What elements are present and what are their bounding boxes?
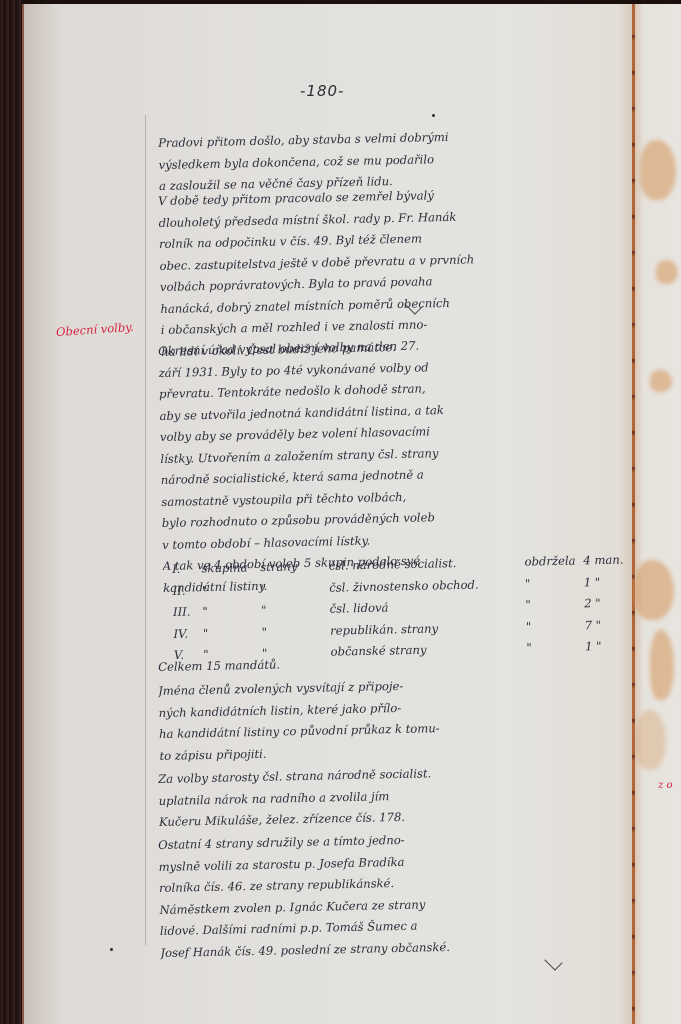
water-stain [636,710,666,770]
margin-rule [145,115,146,945]
party-label: strany [260,559,329,582]
verb: " [525,575,584,598]
ink-speck [110,948,113,951]
verb: " [525,596,584,619]
group-label: " [202,603,261,626]
water-stain [650,630,674,700]
margin-note-right: z o [658,780,672,791]
water-stain [640,140,676,200]
ink-speck [432,114,435,117]
mandates: 4 man. [583,552,642,575]
group-label: " [203,625,262,648]
group-number: III. [173,604,203,626]
group-label: " [202,582,261,605]
party-label: " [261,623,330,646]
verb: " [526,618,585,641]
page-gutter [632,4,635,1024]
paragraph-council-composition: Ostatní 4 strany sdružily se a tímto jed… [158,828,631,967]
mandates: 1 " [584,574,643,597]
group-number: I. [172,561,202,583]
party-label: " [261,580,330,603]
group-label: skupina [201,560,260,583]
verb: obdržela [524,553,583,576]
paragraph-candidate-lists: Jména členů zvolených vysvítají z připoj… [158,674,630,770]
water-stain [656,260,678,284]
group-number: II. [172,583,202,605]
page-number: -180- [300,82,344,100]
party-label: " [261,602,330,625]
paragraph-mayor-election: Za volby starosty čsl. strana národně so… [158,762,629,836]
water-stain [650,370,672,392]
group-number: IV. [173,626,203,648]
mandates: 7 " [585,617,644,640]
mandates: 2 " [584,595,643,618]
